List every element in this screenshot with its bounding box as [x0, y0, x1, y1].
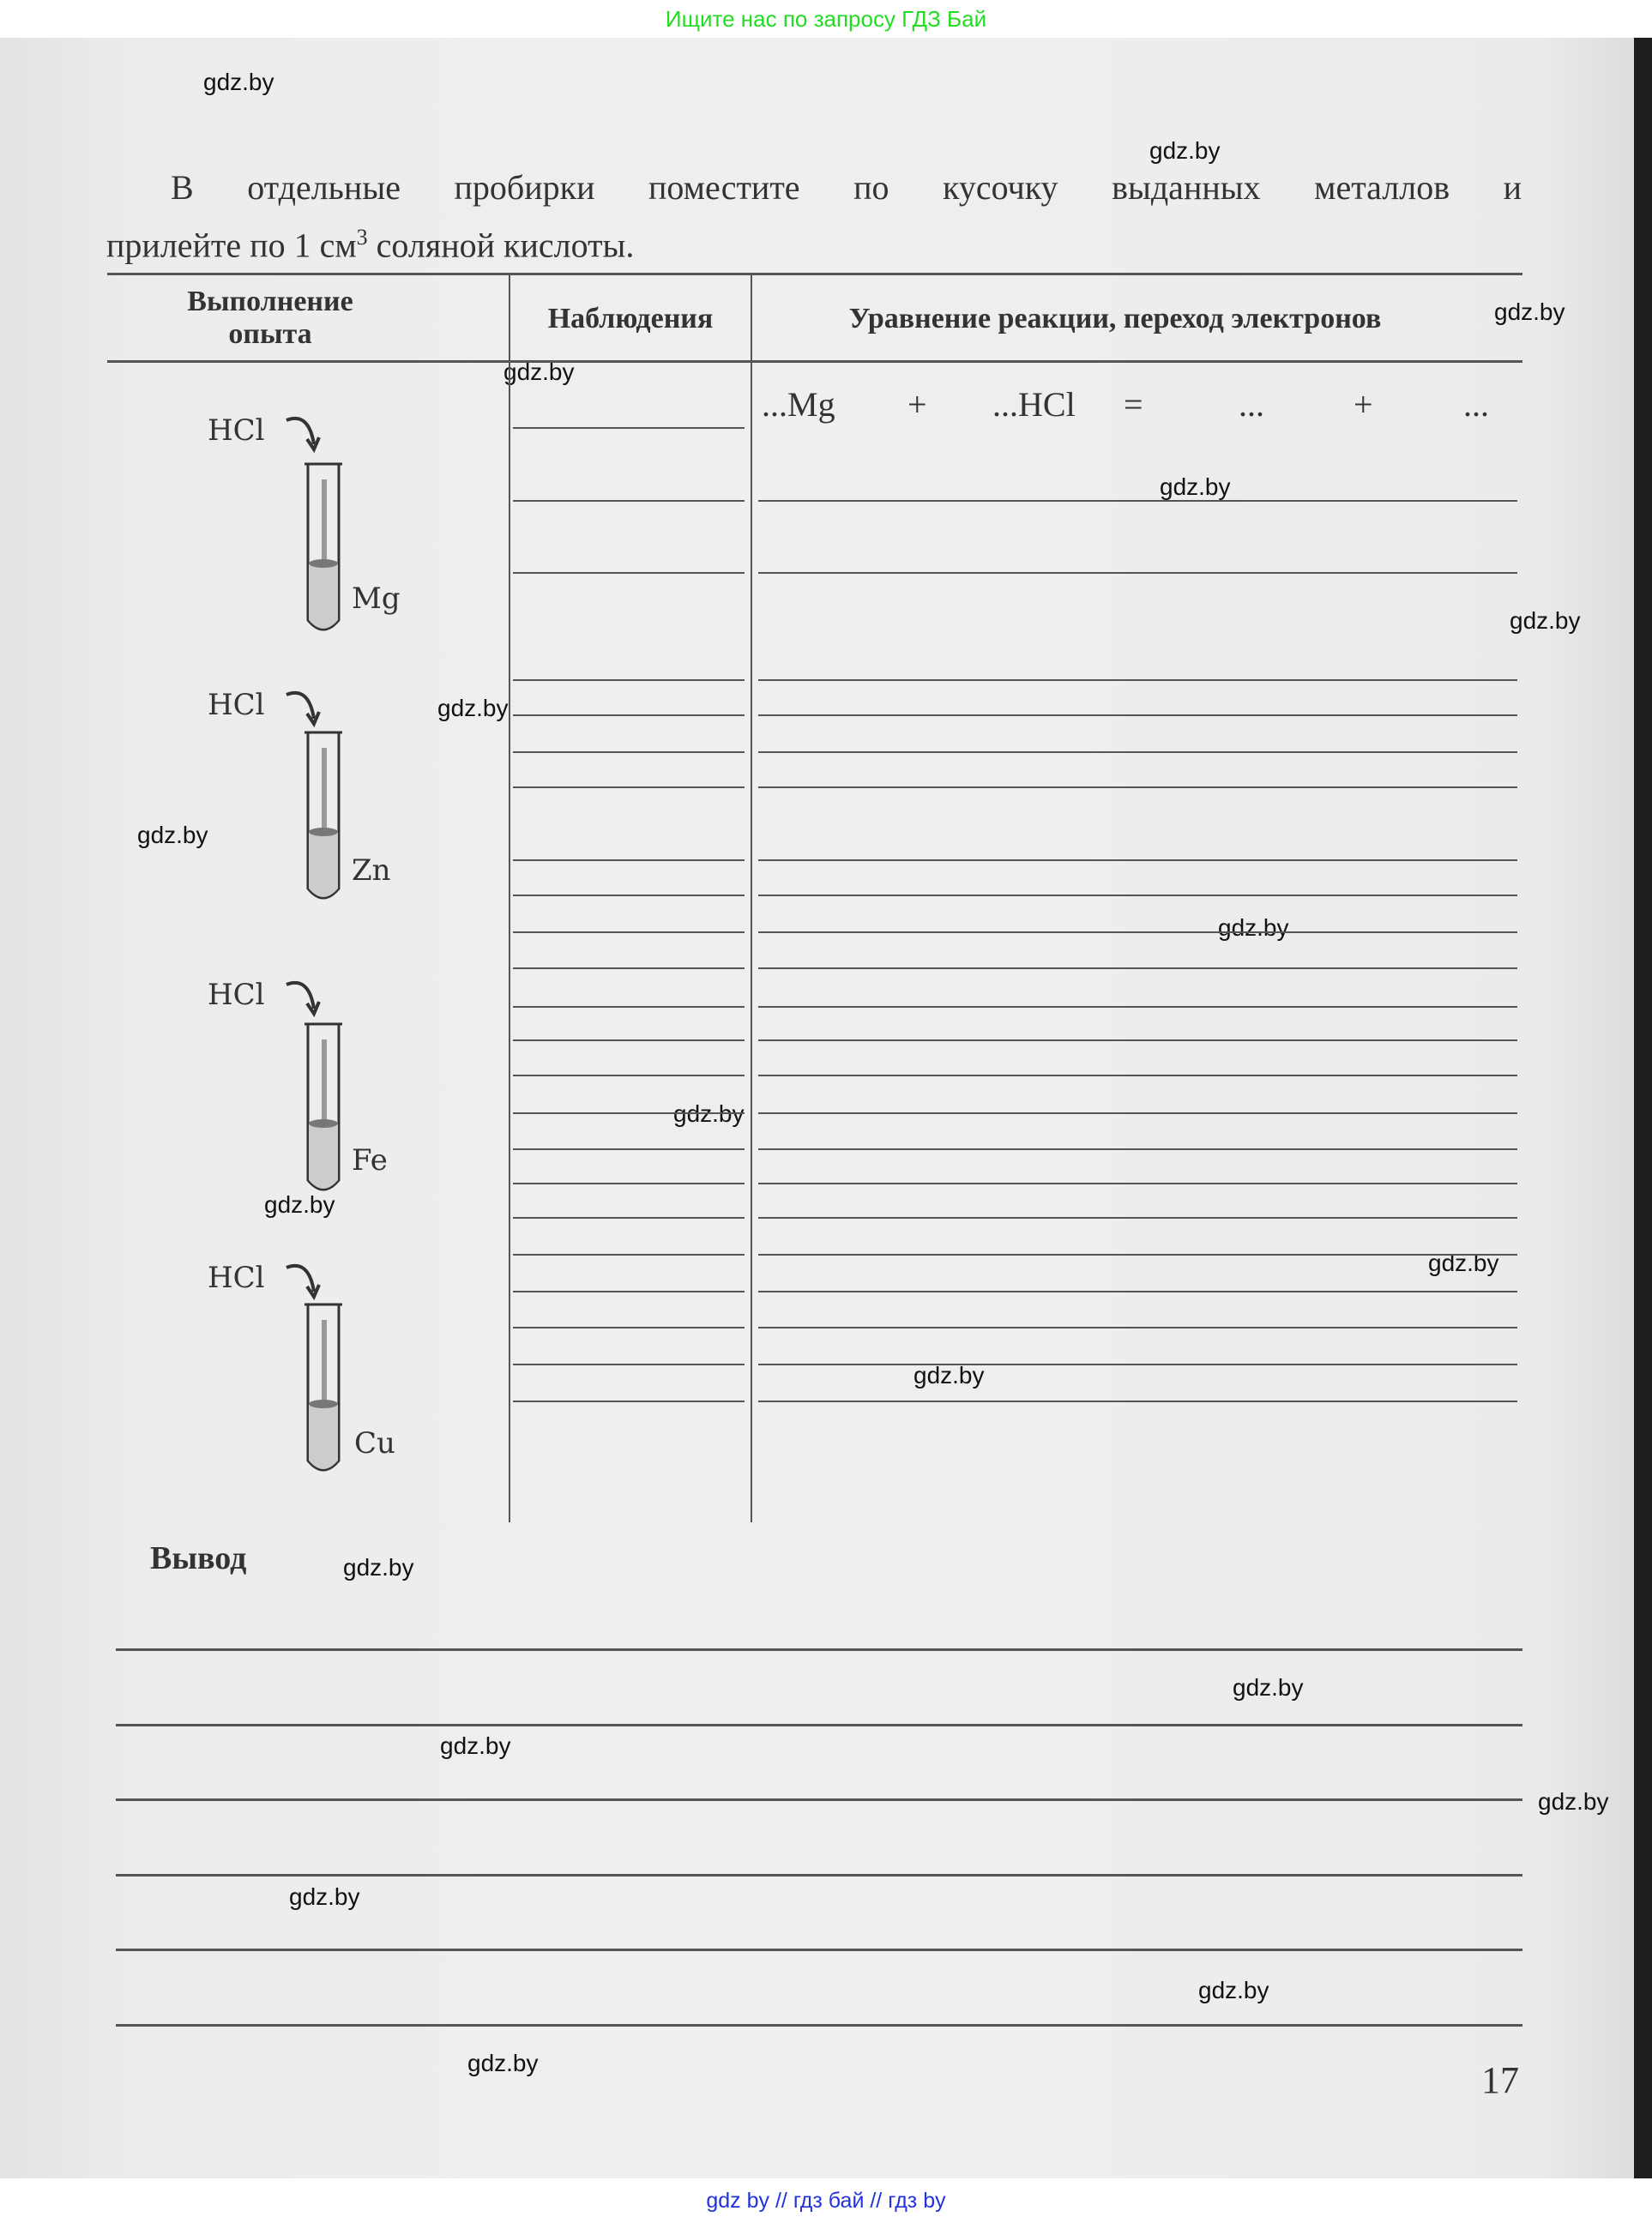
watermark: gdz.by — [1160, 473, 1231, 501]
header-observations: Наблюдения — [515, 303, 746, 335]
test-tube-icon — [303, 461, 344, 641]
watermark: gdz.by — [1510, 607, 1581, 635]
pour-arrow-icon — [283, 412, 326, 455]
watermark: gdz.by — [440, 1732, 511, 1760]
watermark: gdz.by — [673, 1100, 745, 1128]
workbook-page — [0, 38, 1634, 2178]
test-tube-icon — [303, 729, 344, 909]
equation-answer-line[interactable] — [758, 1148, 1517, 1150]
observation-answer-line[interactable] — [513, 1039, 745, 1041]
watermark: gdz.by — [1198, 1977, 1269, 2004]
metal-label: Zn — [352, 853, 391, 888]
equation-answer-line[interactable] — [758, 859, 1517, 861]
equation-answer-line[interactable] — [758, 751, 1517, 753]
watermark: gdz.by — [467, 2050, 539, 2077]
observation-answer-line[interactable] — [513, 572, 745, 574]
watermark: gdz.by — [1538, 1788, 1609, 1816]
equation-answer-line[interactable] — [758, 1254, 1517, 1256]
equation-answer-line[interactable] — [758, 786, 1517, 788]
equation-equals: = — [1124, 384, 1143, 425]
observation-answer-line[interactable] — [513, 1183, 745, 1184]
pour-arrow-icon — [283, 1259, 326, 1302]
observation-answer-line[interactable] — [513, 714, 745, 716]
observation-answer-line[interactable] — [513, 1075, 745, 1076]
instruction-line-2: прилейте по 1 см3 соляной кислоты. — [106, 213, 1522, 270]
equation-answer-line[interactable] — [758, 500, 1517, 502]
equation-answer-line[interactable] — [758, 1183, 1517, 1184]
equation-plus: + — [907, 384, 927, 425]
equation-answer-line[interactable] — [758, 714, 1517, 716]
observation-answer-line[interactable] — [513, 895, 745, 896]
table-header-border — [107, 360, 1522, 363]
bottom-banner[interactable]: gdz by // гдз бай // гдз by — [0, 2178, 1652, 2223]
task-instructions: В отдельные пробирки поместите по кусочк… — [106, 163, 1522, 270]
page-edge — [1634, 38, 1652, 2178]
reagent-label: HCl — [208, 413, 265, 448]
observation-answer-line[interactable] — [513, 967, 745, 969]
top-banner[interactable]: Ищите нас по запросу ГДЗ Бай — [0, 0, 1652, 38]
instruction-line-1: В отдельные пробирки поместите по кусочк… — [106, 163, 1522, 213]
watermark: gdz.by — [203, 69, 274, 96]
watermark: gdz.by — [289, 1883, 360, 1911]
reagent-label: HCl — [208, 688, 265, 722]
page-number: 17 — [1481, 2058, 1519, 2102]
watermark: gdz.by — [1494, 298, 1565, 326]
column-divider — [751, 274, 752, 1522]
test-tube-icon — [303, 1301, 344, 1481]
observation-answer-line[interactable] — [513, 931, 745, 933]
conclusion-heading: Вывод — [150, 1539, 246, 1577]
watermark: gdz.by — [913, 1362, 985, 1389]
table-top-border — [107, 273, 1522, 275]
observation-answer-line[interactable] — [513, 1291, 745, 1292]
watermark: gdz.by — [137, 822, 208, 849]
equation-plus: + — [1354, 384, 1373, 425]
header-experiment: Выполнение опыта — [172, 286, 369, 351]
pour-arrow-icon — [283, 686, 326, 729]
conclusion-answer-line[interactable] — [116, 2024, 1522, 2027]
pour-arrow-icon — [283, 976, 326, 1019]
observation-answer-line[interactable] — [513, 1327, 745, 1328]
equation-answer-line[interactable] — [758, 1112, 1517, 1114]
equation-answer-line[interactable] — [758, 1401, 1517, 1402]
equation-reactant-hcl: ...HCl — [992, 384, 1076, 425]
watermark: gdz.by — [1218, 914, 1289, 942]
watermark: gdz.by — [1233, 1674, 1304, 1702]
watermark: gdz.by — [343, 1554, 414, 1581]
observation-answer-line[interactable] — [513, 1364, 745, 1365]
observation-answer-line[interactable] — [513, 786, 745, 788]
observation-answer-line[interactable] — [513, 1148, 745, 1150]
equation-reactant-mg: ...Mg — [762, 384, 835, 425]
conclusion-answer-line[interactable] — [116, 1949, 1522, 1951]
equation-product-blank: ... — [1463, 384, 1489, 425]
conclusion-answer-line[interactable] — [116, 1724, 1522, 1726]
observation-answer-line[interactable] — [513, 679, 745, 681]
observation-answer-line[interactable] — [513, 859, 745, 861]
observation-answer-line[interactable] — [513, 500, 745, 502]
observation-answer-line[interactable] — [513, 1254, 745, 1256]
equation-answer-line[interactable] — [758, 1217, 1517, 1219]
watermark: gdz.by — [437, 695, 509, 722]
conclusion-answer-line[interactable] — [116, 1648, 1522, 1651]
observation-answer-line[interactable] — [513, 751, 745, 753]
header-equation: Уравнение реакции, переход электронов — [755, 303, 1475, 335]
equation-answer-line[interactable] — [758, 967, 1517, 969]
equation-answer-line[interactable] — [758, 1364, 1517, 1365]
equation-answer-line[interactable] — [758, 1039, 1517, 1041]
conclusion-answer-line[interactable] — [116, 1798, 1522, 1801]
observation-answer-line[interactable] — [513, 1401, 745, 1402]
equation-answer-line[interactable] — [758, 1075, 1517, 1076]
reagent-label: HCl — [208, 978, 265, 1012]
column-divider — [509, 274, 510, 1522]
reagent-label: HCl — [208, 1261, 265, 1295]
metal-label: Mg — [352, 581, 401, 616]
equation-answer-line[interactable] — [758, 679, 1517, 681]
equation-product-blank: ... — [1239, 384, 1264, 425]
equation-answer-line[interactable] — [758, 931, 1517, 933]
observation-answer-line[interactable] — [513, 427, 745, 429]
equation-answer-line[interactable] — [758, 895, 1517, 896]
observation-answer-line[interactable] — [513, 1217, 745, 1219]
test-tube-icon — [303, 1021, 344, 1201]
watermark: gdz.by — [1149, 137, 1221, 165]
observation-answer-line[interactable] — [513, 1112, 745, 1114]
conclusion-answer-line[interactable] — [116, 1874, 1522, 1877]
observation-answer-line[interactable] — [513, 1006, 745, 1008]
equation-answer-line[interactable] — [758, 572, 1517, 574]
equation-answer-line[interactable] — [758, 1291, 1517, 1292]
equation-answer-line[interactable] — [758, 1006, 1517, 1008]
metal-label: Fe — [352, 1143, 388, 1178]
equation-answer-line[interactable] — [758, 1327, 1517, 1328]
metal-label: Cu — [354, 1426, 395, 1461]
